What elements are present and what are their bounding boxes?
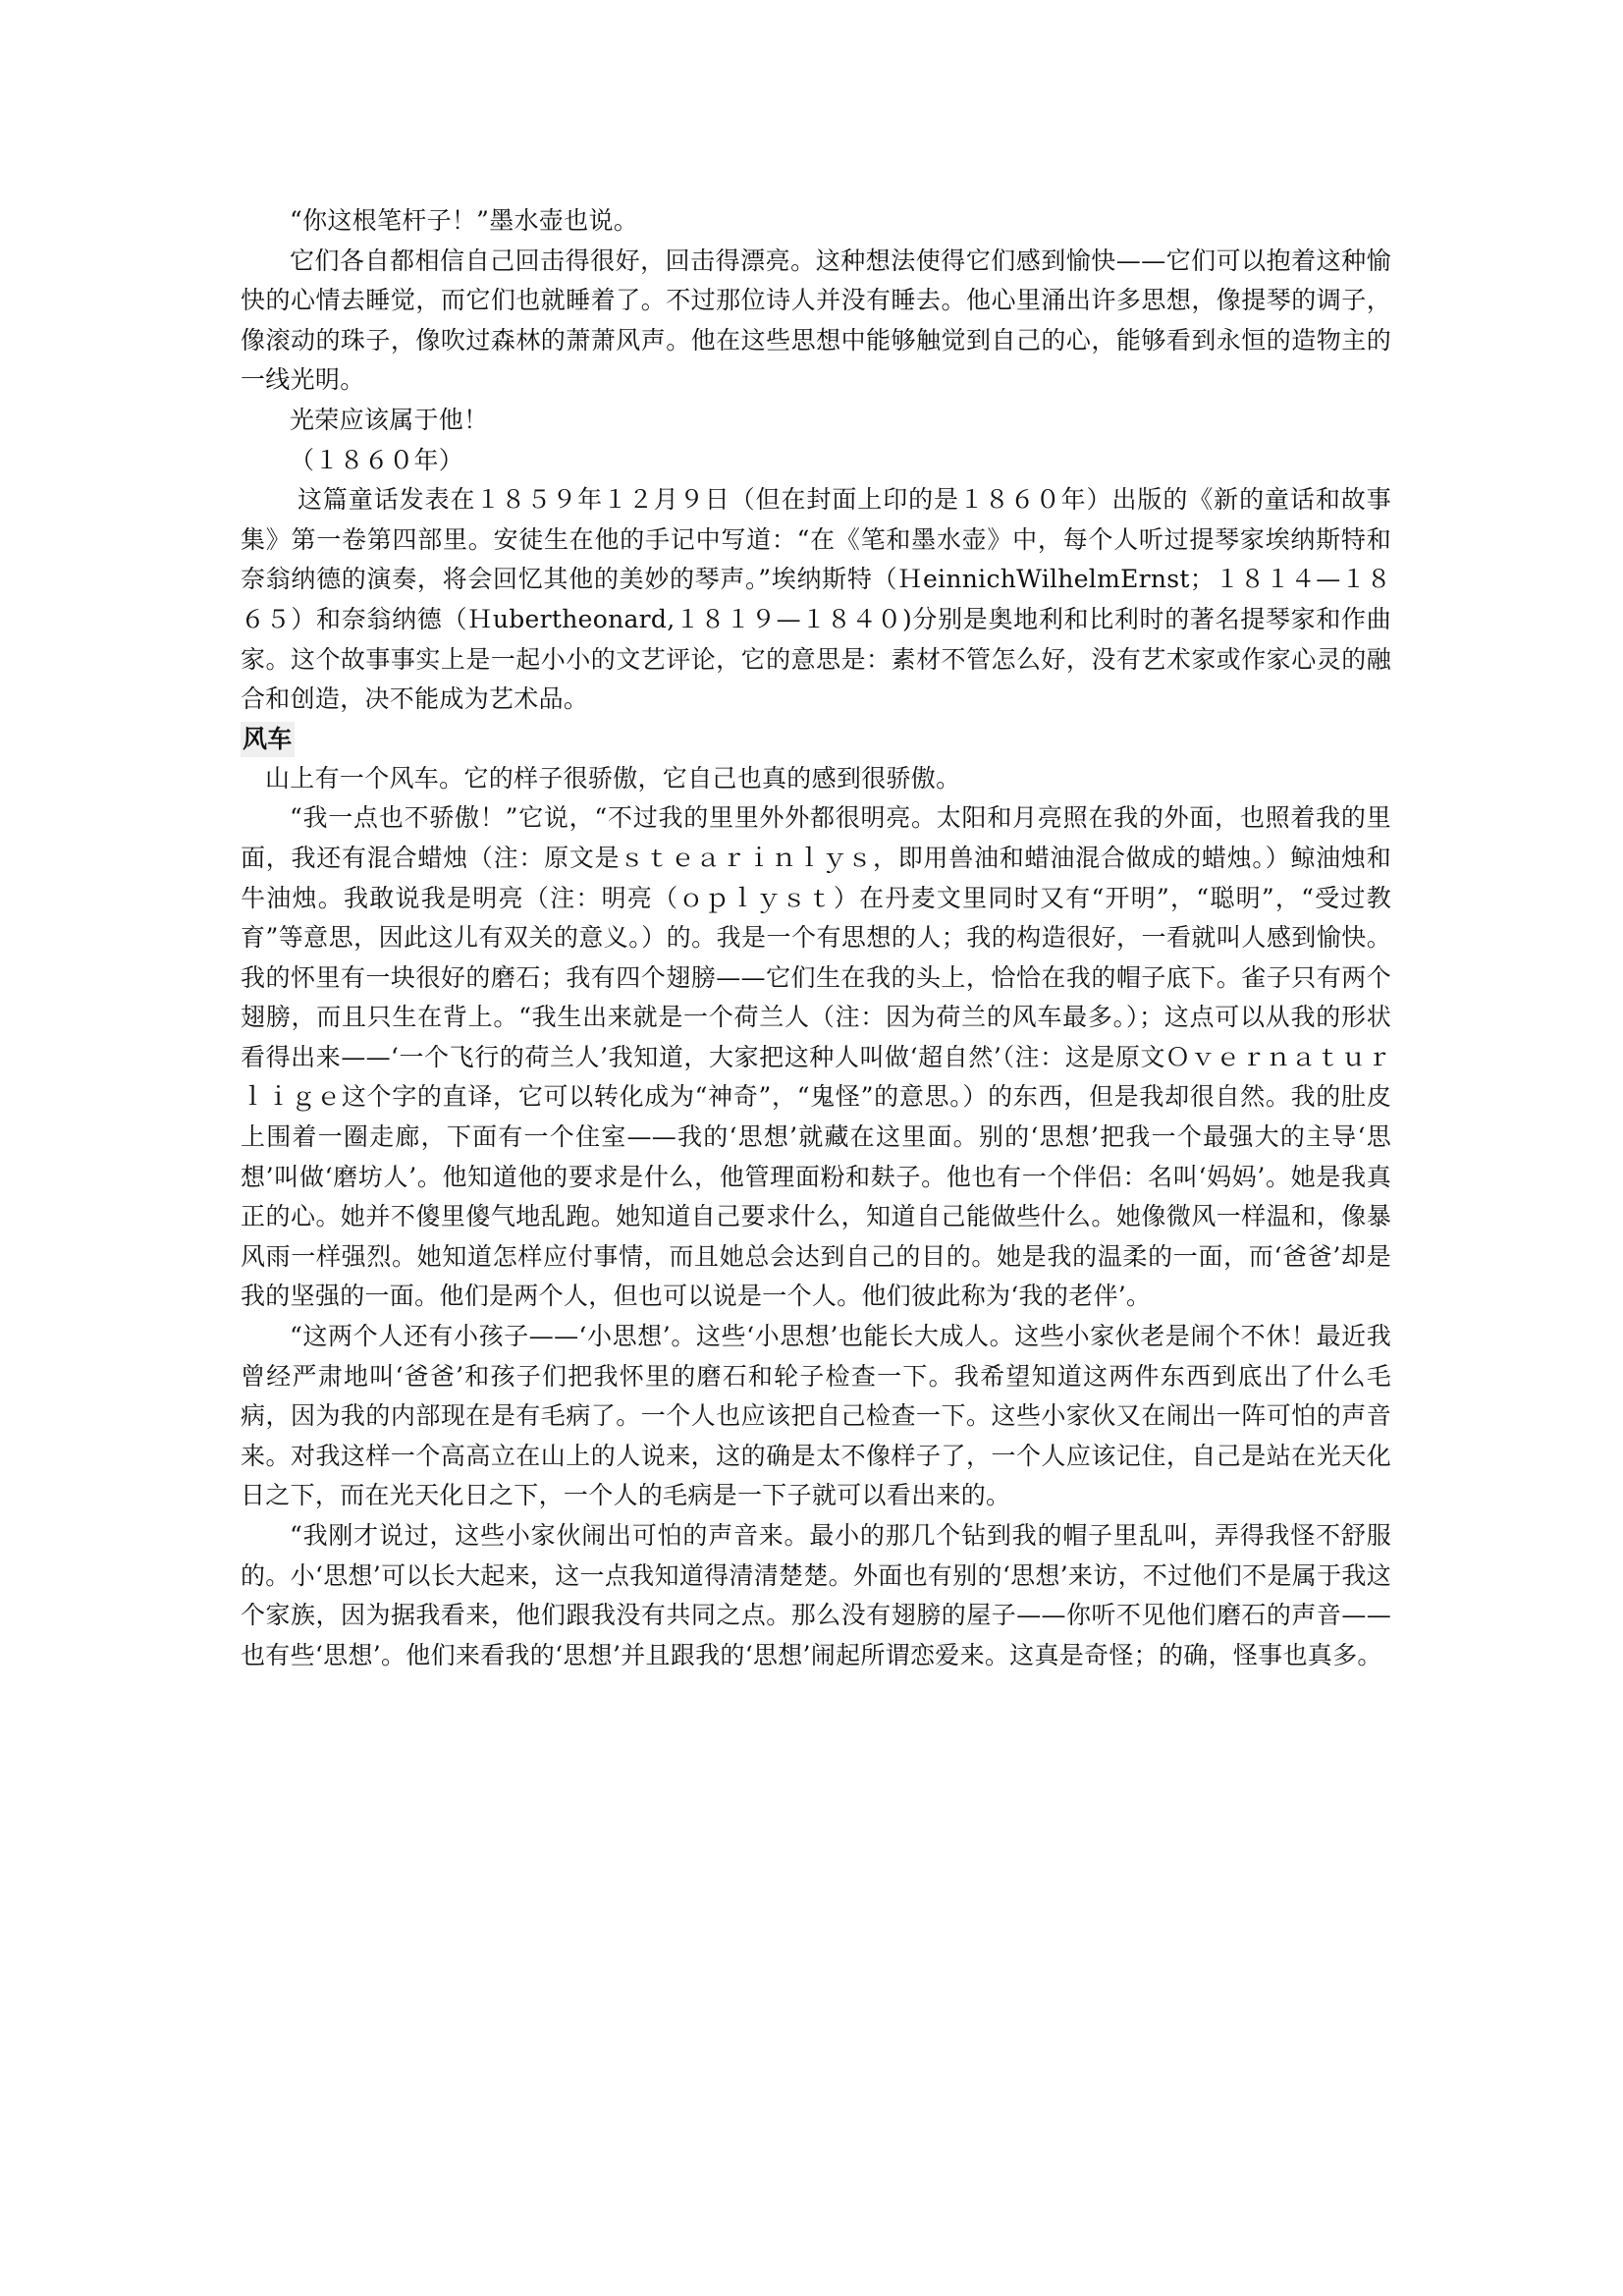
paragraph-windmill-speech: “我一点也不骄傲！”它说，“不过我的里里外外都很明亮。太阳和月亮照在我的外面，也…	[241, 798, 1391, 1317]
paragraph-year: （１８６０年）	[241, 441, 1391, 481]
paragraph-poet-thoughts: 它们各自都相信自己回击得很好，回击得漂亮。这种想法使得它们感到愉快——它们可以抱…	[241, 242, 1391, 401]
paragraph-windmill-intro: 山上有一个风车。它的样子很骄傲，它自己也真的感到很骄傲。	[241, 759, 1391, 799]
paragraph-noisy-children: “我刚才说过，这些小家伙闹出可怕的声音来。最小的那几个钻到我的帽子里乱叫，弄得我…	[241, 1516, 1391, 1675]
paragraph-glory: 光荣应该属于他！	[241, 401, 1391, 441]
section-heading: 风车	[241, 722, 295, 757]
document-page: “你这根笔杆子！”墨水壶也说。 它们各自都相信自己回击得很好，回击得漂亮。这种想…	[241, 201, 1391, 1675]
paragraph-penholder-retort: “你这根笔杆子！”墨水壶也说。	[241, 201, 1391, 242]
paragraph-little-thoughts: “这两个人还有小孩子——‘小思想’。这些‘小思想’也能长大成人。这些小家伙老是闹…	[241, 1317, 1391, 1516]
section-heading-wrapper: 风车	[241, 720, 1391, 759]
paragraph-editor-note: 这篇童话发表在１８５９年１２月９日（但在封面上印的是１８６０年）出版的《新的童话…	[241, 480, 1391, 720]
